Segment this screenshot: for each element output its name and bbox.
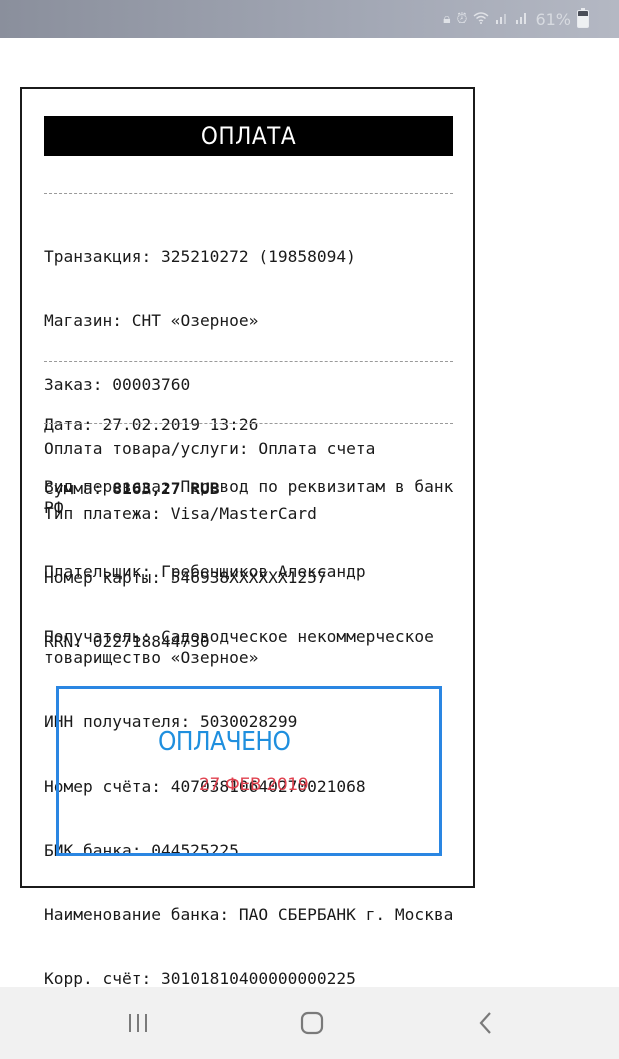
store-row: Магазин: СНТ «Озерное» [44, 310, 464, 331]
stamp-date: 27 ФЕВ 2019 [199, 775, 308, 795]
alarm-icon: ⏰︎ [457, 12, 468, 26]
recents-button[interactable] [118, 1005, 158, 1041]
transaction-row: Транзакция: 325210272 (19858094) [44, 246, 464, 267]
battery-percent: 61% [535, 10, 571, 29]
divider [44, 193, 453, 194]
receipt-title: ОПЛАТА [44, 116, 453, 156]
lock-icon: 🔒︎ [443, 12, 450, 26]
paid-stamp: ОПЛАЧЕНО 27 ФЕВ 2019 [56, 686, 442, 856]
battery-icon [577, 10, 589, 28]
wifi-icon [473, 12, 489, 27]
signal-icon [495, 11, 509, 28]
home-button[interactable] [292, 1005, 332, 1041]
status-bar: 🔒︎ ⏰︎ 61% [0, 0, 619, 38]
divider [44, 361, 453, 362]
divider [44, 423, 453, 424]
payment-receipt: ОПЛАТА Транзакция: 325210272 (19858094) … [20, 87, 475, 888]
back-button[interactable] [466, 1005, 506, 1041]
home-icon [299, 1010, 325, 1036]
recipient-row: Получатель: Садоводческое некоммерческое… [44, 626, 456, 669]
back-icon [476, 1010, 496, 1036]
date-row: Дата: 27.02.2019 13:26 [44, 414, 464, 435]
stamp-title: ОПЛАЧЕНО [158, 727, 290, 757]
signal-icon [515, 11, 529, 28]
transfer-type-row: Вид перевода: Перевод по реквизитам в ба… [44, 476, 456, 519]
navigation-bar [0, 987, 619, 1059]
payer-row: Плательщик: Гребенщиков Александр [44, 561, 456, 582]
bank-name-row: Наименование банка: ПАО СБЕРБАНК г. Моск… [44, 904, 456, 925]
recents-icon [125, 1012, 151, 1034]
